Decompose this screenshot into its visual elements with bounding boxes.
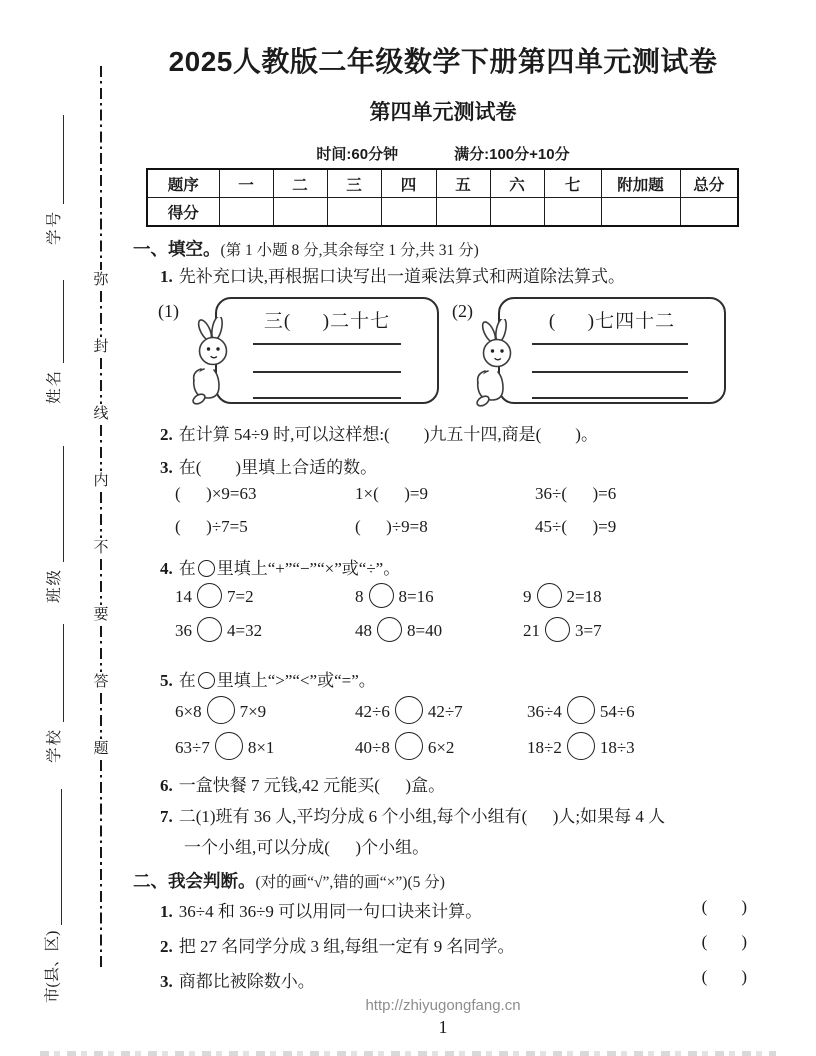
- question-2: 2.在计算 54÷9 时,可以这样想:( )九五十四,商是( )。: [160, 420, 598, 445]
- blank-circle-icon: [198, 560, 215, 577]
- answer-line: [253, 397, 401, 399]
- blank-circle-icon: [567, 696, 595, 724]
- equation: 40÷86×2: [355, 732, 527, 760]
- equation: 36÷454÷6: [527, 696, 635, 724]
- header-cell: 题序: [147, 169, 219, 198]
- question-number: 7.: [160, 807, 173, 826]
- question-text: 二(1)班有 36 人,平均分成 6 个小组,每个小组有( )人;如果每 4 人: [179, 807, 665, 826]
- blank-circle-icon: [197, 583, 222, 608]
- question-number: 4.: [160, 559, 173, 578]
- question-3: 3.在( )里填上合适的数。: [160, 453, 377, 478]
- paper-subtitle: 第四单元测试卷: [130, 96, 756, 126]
- seal-dash: [100, 358, 103, 404]
- equation: 45÷( )=9: [535, 517, 616, 537]
- judgment-text: 3.商都比被除数小。: [160, 967, 315, 992]
- section-note: (对的画“√”,错的画“×”)(5 分): [256, 874, 445, 891]
- margin-field-name: 姓名: [42, 280, 64, 404]
- seal-char: 线: [93, 407, 108, 422]
- score-table-score-row: 得分: [147, 198, 738, 227]
- section-note: (第 1 小题 8 分,其余每空 1 分,共 31 分): [221, 242, 479, 259]
- seal-dash: [100, 693, 103, 739]
- judgment-item: 1.36÷4 和 36÷9 可以用同一句口诀来计算。 ( ): [160, 897, 747, 922]
- blank-circle-icon: [197, 617, 222, 642]
- question-number: 3.: [160, 458, 173, 477]
- question-text-line: 一个小组,可以分成( )个小组。: [184, 832, 665, 863]
- header-cell: 一: [219, 169, 273, 198]
- blank-circle-icon: [395, 732, 423, 760]
- seal-char: 要: [93, 608, 108, 623]
- score-row-label: 得分: [147, 198, 219, 227]
- seal-dash: [100, 492, 103, 538]
- blank-circle-icon: [545, 617, 570, 642]
- answer-line: [253, 343, 401, 345]
- footer-url: http://zhiyugongfang.cn: [130, 997, 756, 1014]
- page-number: 1: [130, 1017, 756, 1038]
- question-text: 里填上“+”“−”“×”或“÷”。: [217, 559, 400, 578]
- equation: 6×87×9: [175, 696, 355, 724]
- margin-field-label: 班级: [42, 568, 64, 603]
- seal-dash: [100, 66, 103, 270]
- score-cell-empty: [273, 198, 327, 227]
- full-score: 满分:100分+10分: [454, 143, 569, 164]
- seal-dash: [100, 291, 103, 337]
- question-text: 在: [179, 671, 196, 690]
- section2-heading: 二、我会判断。(对的画“√”,错的画“×”)(5 分): [133, 868, 445, 893]
- margin-field-label: 姓名: [42, 369, 64, 404]
- score-cell-empty: [544, 198, 601, 227]
- rabbit-icon: [470, 319, 522, 409]
- equation: 88=16: [355, 583, 523, 608]
- item-label: (1): [158, 301, 179, 322]
- question-7: 7.二(1)班有 36 人,平均分成 6 个小组,每个小组有( )人;如果每 4…: [160, 801, 665, 863]
- equation: 42÷642÷7: [355, 696, 527, 724]
- exam-info-line: 时间:60分钟 满分:100分+10分: [130, 143, 756, 164]
- mnemonic-boxes-row: (1) 三( )二十七: [130, 293, 756, 411]
- mnemonic-formula: ( )七四十二: [500, 306, 724, 333]
- fill-line: [47, 446, 64, 562]
- blank-circle-icon: [395, 696, 423, 724]
- judgment-text: 1.36÷4 和 36÷9 可以用同一句口诀来计算。: [160, 897, 482, 922]
- seal-char: 答: [93, 675, 108, 690]
- score-cell-empty: [436, 198, 490, 227]
- judgment-item: 2.把 27 名同学分成 3 组,每组一定有 9 名同学。 ( ): [160, 932, 747, 957]
- question-1: 1.先补充口诀,再根据口诀写出一道乘法算式和两道除法算式。: [160, 262, 625, 287]
- next-page-cutoff: [40, 1051, 776, 1056]
- judgment-items: 1.36÷4 和 36÷9 可以用同一句口诀来计算。 ( ) 2.把 27 名同…: [160, 897, 747, 992]
- seal-char: 题: [93, 742, 108, 757]
- seal-line: 弥 封 线 内 不 要 答 题: [92, 66, 110, 970]
- blank-circle-icon: [207, 696, 235, 724]
- header-cell: 总分: [680, 169, 738, 198]
- mnemonic-formula: 三( )二十七: [217, 306, 437, 333]
- score-table: 题序 一 二 三 四 五 六 七 附加题 总分 得分: [146, 168, 739, 227]
- seal-dash: [100, 760, 103, 970]
- test-paper-page: 学号 姓名 班级 学校 市(县、区) 弥 封 线 内 不 要 答 题 2025人…: [0, 0, 816, 1056]
- section1-heading: 一、填空。(第 1 小题 8 分,其余每空 1 分,共 31 分): [133, 236, 479, 261]
- seal-char: 弥: [93, 273, 108, 288]
- question-text: 先补充口诀,再根据口诀写出一道乘法算式和两道除法算式。: [179, 267, 625, 286]
- header-cell: 二: [273, 169, 327, 198]
- equation: 63÷78×1: [175, 732, 355, 760]
- fill-line: [47, 115, 64, 204]
- equation: 364=32: [175, 617, 355, 642]
- answer-bracket: ( ): [702, 967, 747, 992]
- header-cell: 四: [381, 169, 436, 198]
- seal-dash: [100, 559, 103, 605]
- fill-line: [47, 280, 64, 363]
- score-cell-empty: [680, 198, 738, 227]
- equation: ( )÷7=5: [175, 517, 355, 537]
- blank-circle-icon: [377, 617, 402, 642]
- score-table-header-row: 题序 一 二 三 四 五 六 七 附加题 总分: [147, 169, 738, 198]
- question-text-line: 7.二(1)班有 36 人,平均分成 6 个小组,每个小组有( )人;如果每 4…: [160, 801, 665, 832]
- equation: 36÷( )=6: [535, 484, 616, 504]
- blank-circle-icon: [567, 732, 595, 760]
- question-text: 在: [179, 559, 196, 578]
- question-4: 4.在里填上“+”“−”“×”或“÷”。: [160, 554, 400, 579]
- equation: 1×( )=9: [355, 484, 535, 504]
- blank-circle-icon: [198, 672, 215, 689]
- equation: 488=40: [355, 617, 523, 642]
- answer-bracket: ( ): [702, 932, 747, 957]
- margin-field-label: 学号: [42, 210, 64, 245]
- equation: 213=7: [523, 617, 602, 642]
- mnemonic-box-1: 三( )二十七: [215, 297, 439, 404]
- header-cell: 五: [436, 169, 490, 198]
- question-5: 5.在里填上“>”“<”或“=”。: [160, 666, 376, 691]
- judgment-text: 2.把 27 名同学分成 3 组,每组一定有 9 名同学。: [160, 932, 515, 957]
- header-cell: 三: [327, 169, 381, 198]
- fill-line: [47, 624, 64, 722]
- question-text: 一盒快餐 7 元钱,42 元能买( )盒。: [179, 776, 445, 795]
- answer-line: [532, 397, 688, 399]
- mnemonic-box-2: ( )七四十二: [498, 297, 726, 404]
- equation: 18÷218÷3: [527, 732, 635, 760]
- answer-line: [532, 371, 688, 373]
- question-number: 1.: [160, 267, 173, 286]
- answer-line: [532, 343, 688, 345]
- blank-circle-icon: [215, 732, 243, 760]
- answer-bracket: ( ): [702, 897, 747, 922]
- question-4-equations: 147=2 88=16 92=18 364=32 488=40 213=7: [175, 583, 602, 642]
- answer-line: [253, 371, 401, 373]
- score-cell-empty: [601, 198, 680, 227]
- header-cell: 六: [490, 169, 544, 198]
- margin-field-label: 学校: [42, 728, 64, 763]
- margin-field-district: 市(县、区): [40, 789, 62, 1003]
- blank-circle-icon: [369, 583, 394, 608]
- equation: ( )×9=63: [175, 484, 355, 504]
- score-cell-empty: [327, 198, 381, 227]
- score-cell-empty: [219, 198, 273, 227]
- question-text: 里填上“>”“<”或“=”。: [217, 671, 376, 690]
- margin-field-school: 学校: [42, 624, 64, 763]
- margin-field-label: 市(县、区): [40, 931, 62, 1003]
- seal-dash: [100, 626, 103, 672]
- question-number: 5.: [160, 671, 173, 690]
- question-number: 2.: [160, 425, 173, 444]
- seal-char: 内: [93, 474, 108, 489]
- question-text: 在计算 54÷9 时,可以这样想:( )九五十四,商是( )。: [179, 425, 598, 444]
- section-title: 二、我会判断。: [133, 871, 256, 891]
- header-cell: 七: [544, 169, 601, 198]
- margin-field-class: 班级: [42, 446, 64, 603]
- paper-title: 2025人教版二年级数学下册第四单元测试卷: [130, 40, 756, 80]
- question-3-equations: ( )×9=63 1×( )=9 36÷( )=6 ( )÷7=5 ( )÷9=…: [175, 484, 616, 537]
- question-5-equations: 6×87×9 42÷642÷7 36÷454÷6 63÷78×1 40÷86×2…: [175, 696, 635, 760]
- judgment-item: 3.商都比被除数小。 ( ): [160, 967, 747, 992]
- fill-line: [45, 789, 62, 925]
- header-cell: 附加题: [601, 169, 680, 198]
- score-cell-empty: [381, 198, 436, 227]
- time-limit: 时间:60分钟: [316, 143, 398, 164]
- equation: ( )÷9=8: [355, 517, 535, 537]
- equation: 147=2: [175, 583, 355, 608]
- question-number: 6.: [160, 776, 173, 795]
- margin-field-student-number: 学号: [42, 115, 64, 245]
- section-title: 一、填空。: [133, 239, 221, 259]
- question-6: 6.一盒快餐 7 元钱,42 元能买( )盒。: [160, 771, 445, 796]
- equation: 92=18: [523, 583, 602, 608]
- question-text: 在( )里填上合适的数。: [179, 458, 377, 477]
- score-cell-empty: [490, 198, 544, 227]
- seal-dash: [100, 425, 103, 471]
- blank-circle-icon: [537, 583, 562, 608]
- seal-char: 封: [93, 340, 108, 355]
- rabbit-icon: [186, 317, 238, 407]
- seal-char: 不: [93, 541, 108, 556]
